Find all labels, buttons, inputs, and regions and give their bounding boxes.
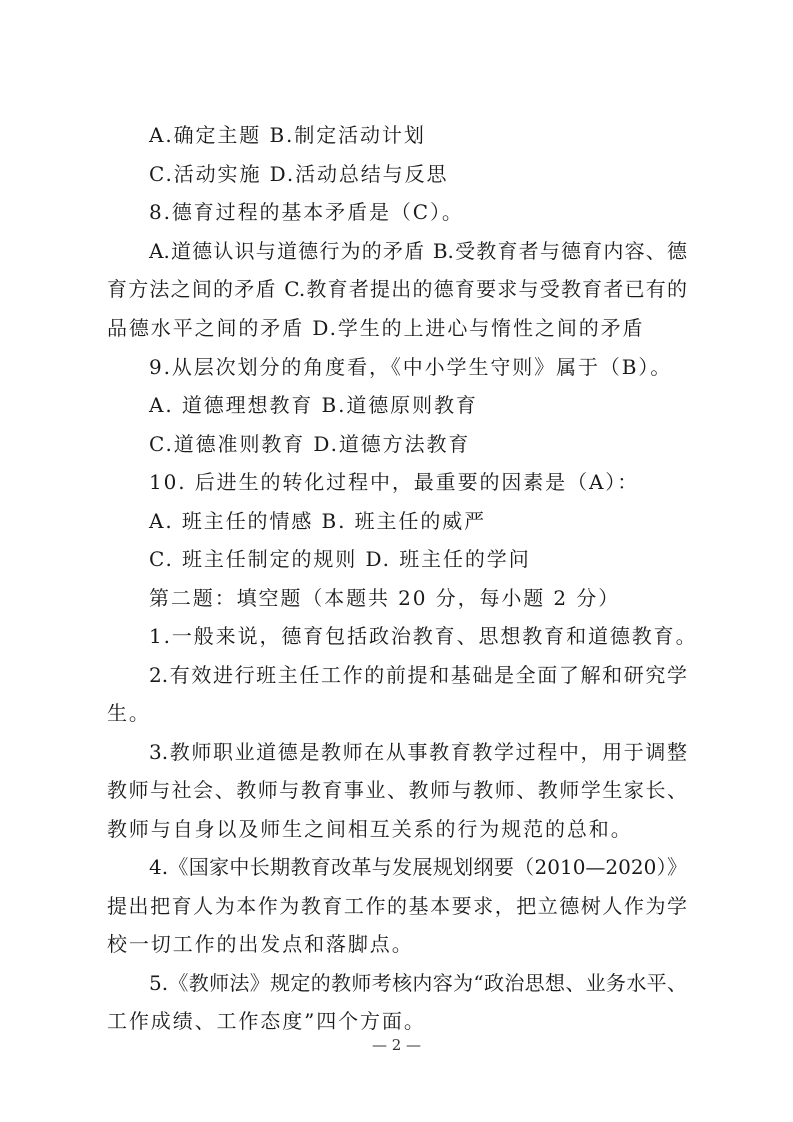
text-line: 第二题：填空题（本题共 20 分，每小题 2 分） bbox=[149, 586, 620, 610]
text-line: 教师与社会、教师与教育事业、教师与教师、教师学生家长、 bbox=[107, 778, 687, 802]
text-line: 2.有效进行班主任工作的前提和基础是全面了解和研究学 bbox=[149, 663, 687, 687]
text-line: 教师与自身以及师生之间相互关系的行为规范的总和。 bbox=[107, 817, 633, 841]
text-line: 3.教师职业道德是教师在从事教育教学过程中，用于调整 bbox=[149, 740, 687, 764]
text-line: 8.德育过程的基本矛盾是（C）。 bbox=[149, 200, 464, 224]
text-line: 生。 bbox=[107, 701, 151, 725]
text-line: 品德水平之间的矛盾 D.学生的上进心与惰性之间的矛盾 bbox=[107, 316, 644, 340]
text-line: 9.从层次划分的角度看，《中小学生守则》属于（B）。 bbox=[149, 355, 672, 379]
text-line: 工作成绩、工作态度”四个方面。 bbox=[107, 1009, 426, 1033]
text-line: 4.《国家中长期教育改革与发展规划纲要（2010—2020）》 bbox=[149, 855, 687, 879]
text-line: A. 道德理想教育 B.道德原则教育 bbox=[149, 393, 478, 417]
text-line: 10. 后进生的转化过程中，最重要的因素是（A）： bbox=[149, 470, 639, 494]
text-line: 校一切工作的出发点和落脚点。 bbox=[107, 932, 414, 956]
text-line: C.活动实施 D.活动总结与反思 bbox=[149, 162, 448, 186]
document-page: A.确定主题 B.制定活动计划C.活动实施 D.活动总结与反思8.德育过程的基本… bbox=[0, 0, 793, 1122]
text-line: A.道德认识与道德行为的矛盾 B.受教育者与德育内容、德 bbox=[149, 239, 687, 263]
text-line: 提出把育人为本作为教育工作的基本要求，把立德树人作为学 bbox=[107, 894, 687, 918]
text-line: A. 班主任的情感 B. 班主任的威严 bbox=[149, 509, 486, 533]
text-line: A.确定主题 B.制定活动计划 bbox=[149, 123, 426, 147]
text-line: C.道德准则教育 D.道德方法教育 bbox=[149, 432, 470, 456]
text-line: C. 班主任制定的规则 D. 班主任的学问 bbox=[149, 547, 531, 571]
page-number: — 2 — bbox=[0, 1036, 793, 1054]
text-line: 1.一般来说，德育包括政治教育、思想教育和道德教育。 bbox=[149, 624, 697, 648]
text-line: 5.《教师法》规定的教师考核内容为“政治思想、业务水平、 bbox=[149, 971, 687, 995]
text-line: 育方法之间的矛盾 C.教育者提出的德育要求与受教育者已有的 bbox=[107, 277, 687, 301]
